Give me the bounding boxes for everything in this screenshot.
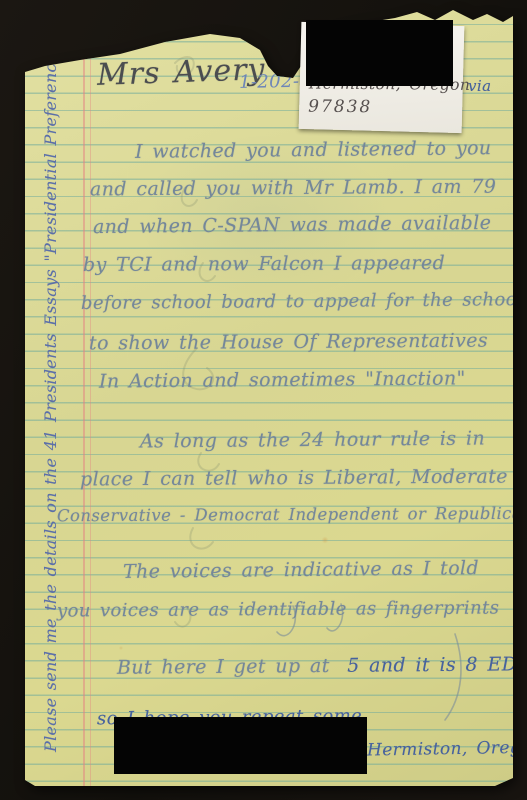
handwriting-line: I watched you and listened to you [135, 138, 492, 163]
handwriting-line-mixed: But here I get up at 5 and it is 8 EDT [117, 654, 527, 678]
handwriting-line: and called you with Mr Lamb. I am 79 [90, 177, 496, 201]
slip-zip: 97838 [308, 98, 372, 117]
wakeup-ink-part: 5 and it is 8 EDT [347, 653, 527, 677]
handwriting-line: by TCI and now Falcon I appeared [83, 253, 445, 276]
scanned-letter-page: Please send me the details on the 41 Pre… [0, 0, 527, 800]
handwriting-line: The voices are indicative as I told [123, 558, 479, 583]
address-redaction-block [306, 20, 453, 86]
handwriting-line: place I can tell who is Liberal, Moderat… [80, 467, 508, 491]
handwriting-line: In Action and sometimes "Inaction" [99, 368, 466, 392]
closing-location: Hermiston, Oregon [367, 738, 527, 760]
handwriting-line: and when C-SPAN was made available [93, 213, 492, 238]
handwriting-line: to show the House Of Representatives [89, 331, 488, 355]
red-margin-line [83, 8, 91, 786]
handwriting-line: before school board to appeal for the sc… [81, 290, 527, 314]
margin-note: Please send me the details on the 41 Pre… [41, 52, 60, 752]
via-note: via [468, 78, 491, 95]
signature-redaction-block [114, 717, 367, 774]
wakeup-pencil-part: But here I get up at [117, 655, 330, 679]
handwriting-line: you voices are as identifiable as finger… [57, 598, 499, 621]
handwriting-line: Conservative - Democrat Independent or R… [57, 505, 527, 526]
handwriting-line: As long as the 24 hour rule is in [140, 428, 485, 452]
